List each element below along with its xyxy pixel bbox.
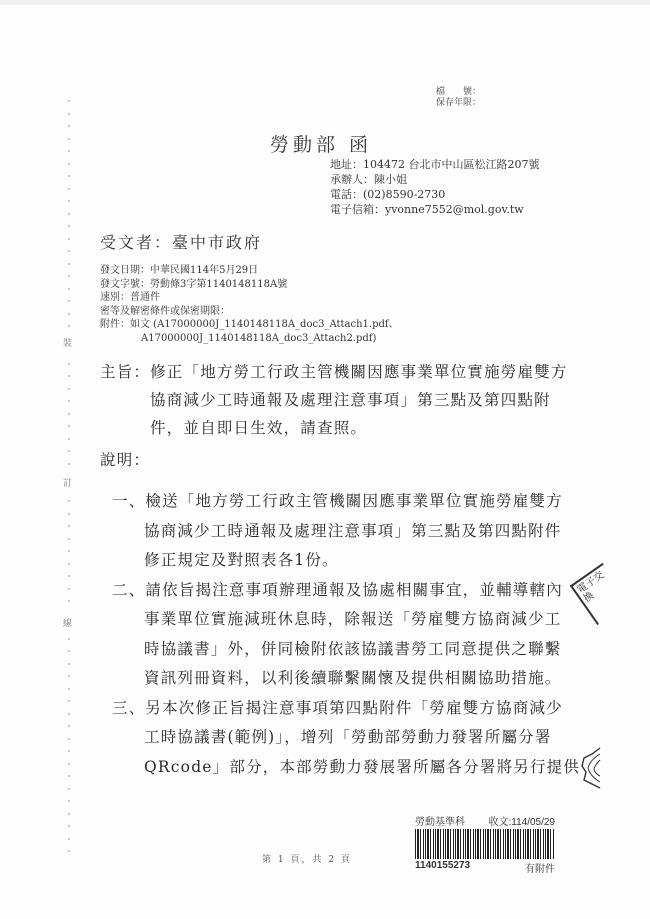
sender-info: 地址：104472 台北市中山區松江路207號 承辦人：陳小姐 電話：(02)8…	[330, 157, 539, 217]
binding-dot	[68, 700, 70, 702]
file-meta: 檔 號： 保存年限：	[436, 87, 481, 109]
binding-dot	[68, 213, 70, 215]
address: 地址：104472 台北市中山區松江路207號	[330, 157, 539, 172]
binding-dot	[68, 500, 70, 502]
binding-dot	[68, 763, 70, 765]
binding-dot	[68, 525, 70, 527]
speed: 速別：普通件	[100, 291, 399, 305]
binding-dot	[68, 313, 70, 315]
binding-dot	[68, 188, 70, 190]
binding-dot	[68, 325, 70, 327]
binding-dot	[68, 650, 70, 652]
binding-dot	[68, 675, 70, 677]
stamp-received-date: 收文:114/05/29	[488, 813, 555, 828]
binding-dot	[68, 100, 70, 102]
binding-dot	[68, 438, 70, 440]
binding-dot	[68, 688, 70, 690]
partial-seal-icon	[580, 746, 602, 790]
binding-dot	[68, 425, 70, 427]
binding-dot	[68, 225, 70, 227]
page-indicator: 第 1 頁，共 2 頁	[262, 852, 352, 865]
binding-dot	[68, 563, 70, 565]
barcode	[415, 829, 555, 859]
binding-dot	[68, 113, 70, 115]
contact-person: 承辦人：陳小姐	[330, 172, 539, 187]
receipt-stamp: 勞動基準科 收文:114/05/29 1140155273 有附件	[415, 813, 555, 875]
binding-dot	[68, 838, 70, 840]
binding-dot	[68, 638, 70, 640]
retention-label: 保存年限：	[436, 98, 481, 109]
binding-dot	[68, 463, 70, 465]
binding-dot	[68, 713, 70, 715]
binding-dot	[68, 275, 70, 277]
recipient: 受文者：臺中市政府	[100, 230, 262, 253]
binding-dot	[68, 825, 70, 827]
binding-dot	[68, 163, 70, 165]
binding-dot	[68, 600, 70, 602]
doc-number: 發文字號：勞動條3字第1140148118A號	[100, 278, 399, 292]
binding-dot	[68, 375, 70, 377]
binding-dot	[68, 588, 70, 590]
binding-char-2: 訂	[63, 476, 72, 489]
binding-dot	[68, 538, 70, 540]
binding-dot	[68, 575, 70, 577]
binding-dot	[68, 238, 70, 240]
description-label: 說明：	[100, 448, 150, 470]
file-number-label: 檔 號：	[436, 87, 481, 98]
phone: 電話：(02)8590-2730	[330, 187, 539, 202]
binding-line: 裝 訂 線	[65, 100, 75, 860]
subject-line-2: 協商減少工時通報及處理注意事項」第三點及第四點附	[100, 386, 568, 414]
barcode-number: 1140155273	[415, 860, 470, 875]
binding-dot	[68, 300, 70, 302]
attachment-flag: 有附件	[525, 860, 555, 875]
binding-dot	[68, 513, 70, 515]
binding-dot	[68, 738, 70, 740]
document-title: 勞動部 函	[270, 130, 372, 157]
subject: 主旨：修正「地方勞工行政主管機關因應事業單位實施勞雇雙方 協商減少工時通報及處理…	[100, 358, 568, 442]
binding-dot	[68, 125, 70, 127]
description-item-1: 一、檢送「地方勞工行政主管機關因應事業單位實施勞雇雙方 協商減少工時通報及處理注…	[112, 487, 580, 576]
description-item-3: 三、另本次修正旨揭注意事項第四點附件「勞雇雙方協商減少 工時協議書(範例)」，增…	[112, 694, 580, 783]
binding-dot	[68, 550, 70, 552]
binding-dot	[68, 750, 70, 752]
binding-dot	[68, 850, 70, 852]
binding-dot	[68, 788, 70, 790]
email: 電子信箱：yvonne7552@mol.gov.tw	[330, 202, 539, 217]
binding-dot	[68, 175, 70, 177]
binding-char-3: 線	[63, 616, 72, 629]
scan-edge	[0, 0, 650, 5]
binding-dot	[68, 450, 70, 452]
binding-dot	[68, 150, 70, 152]
binding-dot	[68, 400, 70, 402]
binding-dot	[68, 725, 70, 727]
binding-dot	[68, 250, 70, 252]
binding-dot	[68, 388, 70, 390]
attachments-line-2: A17000000J_1140148118A_doc3_Attach2.pdf)	[100, 332, 399, 346]
binding-dot	[68, 800, 70, 802]
binding-dot	[68, 663, 70, 665]
description-item-2: 二、請依旨揭注意事項辦理通報及協處相關事宜，並輔導轄內 事業單位實施減班休息時，…	[112, 576, 580, 694]
binding-dot	[68, 138, 70, 140]
issue-date: 發文日期：中華民國114年5月29日	[100, 264, 399, 278]
description-items: 一、檢送「地方勞工行政主管機關因應事業單位實施勞雇雙方 協商減少工時通報及處理注…	[112, 487, 580, 782]
binding-dot	[68, 363, 70, 365]
binding-dot	[68, 413, 70, 415]
binding-dot	[68, 200, 70, 202]
binding-char-1: 裝	[63, 336, 72, 349]
classification: 密等及解密條件或保密期限：	[100, 305, 399, 319]
document-meta: 發文日期：中華民國114年5月29日 發文字號：勞動條3字第1140148118…	[100, 264, 399, 345]
attachments-line-1: 附件：如文 (A17000000J_1140148118A_doc3_Attac…	[100, 318, 399, 332]
stamp-department: 勞動基準科	[415, 813, 465, 828]
binding-dot	[68, 813, 70, 815]
subject-line-3: 件，並自即日生效，請查照。	[100, 414, 568, 442]
binding-dot	[68, 288, 70, 290]
binding-dot	[68, 775, 70, 777]
subject-line-1: 主旨：修正「地方勞工行政主管機關因應事業單位實施勞雇雙方	[100, 358, 568, 386]
binding-dot	[68, 263, 70, 265]
